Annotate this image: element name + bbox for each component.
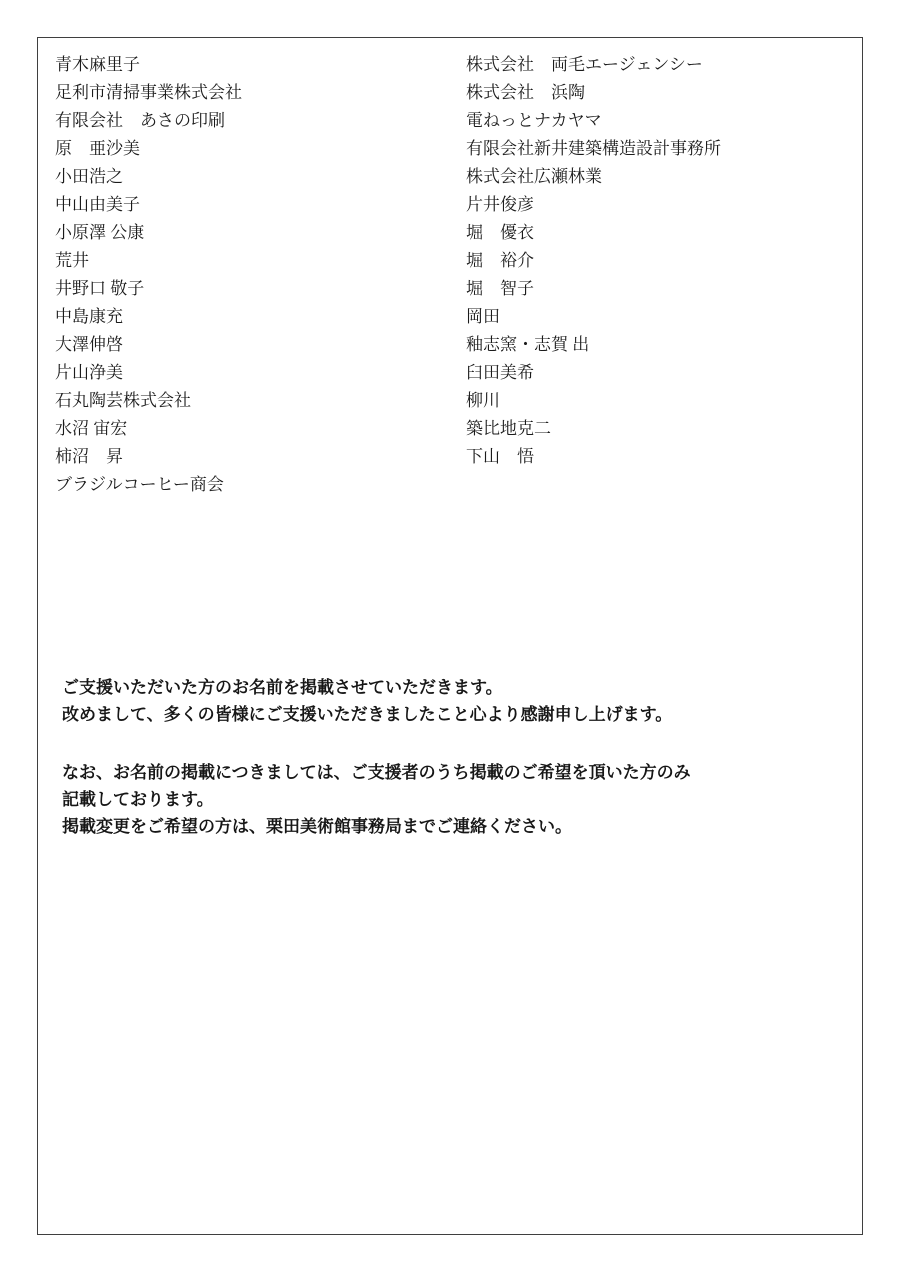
supporter-name: 株式会社広瀬林業 [466, 163, 721, 191]
supporter-name: 築比地克二 [466, 415, 721, 443]
supporter-name: 足利市清掃事業株式会社 [55, 79, 242, 107]
supporter-name: 小田浩之 [55, 163, 242, 191]
supporter-name: 臼田美希 [466, 359, 721, 387]
supporter-name: 中島康充 [55, 303, 242, 331]
supporter-name: 中山由美子 [55, 191, 242, 219]
note-line: なお、お名前の掲載につきましては、ご支援者のうち掲載のご希望を頂いた方のみ [62, 759, 691, 786]
supporter-name: 片井俊彦 [466, 191, 721, 219]
supporter-name: 電ねっとナカヤマ [466, 107, 721, 135]
document-border-frame: 青木麻里子足利市清掃事業株式会社有限会社 あさの印刷原 亜沙美小田浩之中山由美子… [37, 37, 863, 1235]
supporter-name: 釉志窯・志賀 出 [466, 331, 721, 359]
note-line: 改めまして、多くの皆様にご支援いただきましたこと心より感謝申し上げます。 [62, 701, 691, 728]
supporter-name: ブラジルコーヒー商会 [55, 471, 242, 499]
note-line: ご支援いただいた方のお名前を掲載させていただきます。 [62, 674, 691, 701]
supporter-name: 荒井 [55, 247, 242, 275]
supporter-name: 堀 優衣 [466, 219, 721, 247]
supporter-name: 株式会社 両毛エージェンシー [466, 51, 721, 79]
supporter-name: 堀 智子 [466, 275, 721, 303]
notes-section: ご支援いただいた方のお名前を掲載させていただきます。改めまして、多くの皆様にご支… [62, 674, 691, 840]
supporter-name: 石丸陶芸株式会社 [55, 387, 242, 415]
supporter-name: 小原澤 公康 [55, 219, 242, 247]
supporter-name: 片山浄美 [55, 359, 242, 387]
supporter-name: 柳川 [466, 387, 721, 415]
supporter-name: 有限会社新井建築構造設計事務所 [466, 135, 721, 163]
supporter-name: 株式会社 浜陶 [466, 79, 721, 107]
supporter-list-left-column: 青木麻里子足利市清掃事業株式会社有限会社 あさの印刷原 亜沙美小田浩之中山由美子… [55, 51, 242, 499]
supporter-name: 井野口 敬子 [55, 275, 242, 303]
listing-policy-paragraph: なお、お名前の掲載につきましては、ご支援者のうち掲載のご希望を頂いた方のみ記載し… [62, 759, 691, 840]
note-line: 記載しております。 [62, 786, 691, 813]
supporter-name: 堀 裕介 [466, 247, 721, 275]
supporter-name: 柿沼 昇 [55, 443, 242, 471]
acknowledgement-paragraph: ご支援いただいた方のお名前を掲載させていただきます。改めまして、多くの皆様にご支… [62, 674, 691, 728]
supporter-name: 原 亜沙美 [55, 135, 242, 163]
supporter-name: 水沼 宙宏 [55, 415, 242, 443]
supporter-name: 有限会社 あさの印刷 [55, 107, 242, 135]
note-line: 掲載変更をご希望の方は、栗田美術館事務局までご連絡ください。 [62, 813, 691, 840]
supporter-name: 岡田 [466, 303, 721, 331]
supporter-name: 大澤伸啓 [55, 331, 242, 359]
supporter-list-right-column: 株式会社 両毛エージェンシー株式会社 浜陶電ねっとナカヤマ有限会社新井建築構造設… [466, 51, 721, 471]
supporter-name: 下山 悟 [466, 443, 721, 471]
supporter-name: 青木麻里子 [55, 51, 242, 79]
